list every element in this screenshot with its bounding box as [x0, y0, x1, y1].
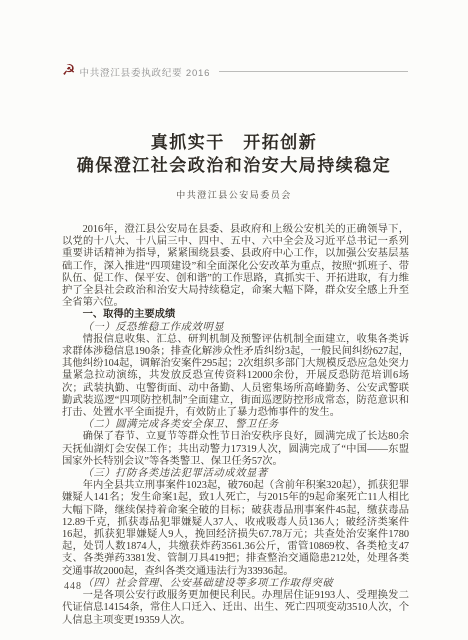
party-emblem-icon: ☭ — [62, 63, 75, 78]
article-title: 真抓实干 开拓创新 确保澄江社会政治和治安大局持续稳定 — [0, 131, 468, 177]
header-rule — [219, 71, 408, 72]
subsection-paragraph-1: 情报信息收集、汇总、研判机制及预警评估机制全面建立，收集各类诉求群体涉稳信息19… — [62, 334, 409, 419]
subsection-paragraph-2: 确保了春节、立夏节等群众性节日治安秩序良好，圆满完成了长达80余天抚仙湖灯会安保… — [62, 431, 409, 468]
subsection-heading-3: （三）打防各类违法犯罪活动成效显著 — [62, 468, 409, 480]
article-body: 2016年，澄江县公安局在县委、县政府和上级公安机关的正确领导下，以党的十八大、… — [62, 224, 409, 627]
subsection-heading-1: （一）反恐维稳工作成效明显 — [62, 322, 409, 334]
article-title-line2: 确保澄江社会政治和治安大局持续稳定 — [0, 154, 468, 177]
subsection-heading-2: （二）圆满完成各类安全保卫、警卫任务 — [62, 419, 409, 431]
series-title: 中共澄江县委执政纪要 2016 — [79, 65, 210, 79]
article-author: 中共澄江县公安局委员会 — [0, 188, 468, 201]
intro-paragraph: 2016年，澄江县公安局在县委、县政府和上级公安机关的正确领导下，以党的十八大、… — [62, 224, 409, 309]
subsection-paragraph-3: 年内全县共立刑事案件1023起，破760起（含前年积案320起），抓获犯罪嫌疑人… — [62, 480, 409, 578]
article-title-line1: 真抓实干 开拓创新 — [0, 131, 468, 154]
section-heading: 一、取得的主要成绩 — [62, 309, 409, 321]
book-page: ☭ 中共澄江县委执政纪要 2016 真抓实干 开拓创新 确保澄江社会政治和治安大… — [0, 0, 468, 640]
subsection-paragraph-4: 一是各项公安行政服务更加便民利民。办理居住证9193人、受理换发二代证信息141… — [62, 590, 409, 627]
subsection-heading-4: （四）社会管理、公安基础建设等多项工作取得突破 — [62, 578, 409, 590]
page-number: 448 — [64, 581, 82, 592]
running-header: ☭ 中共澄江县委执政纪要 2016 — [62, 64, 408, 79]
